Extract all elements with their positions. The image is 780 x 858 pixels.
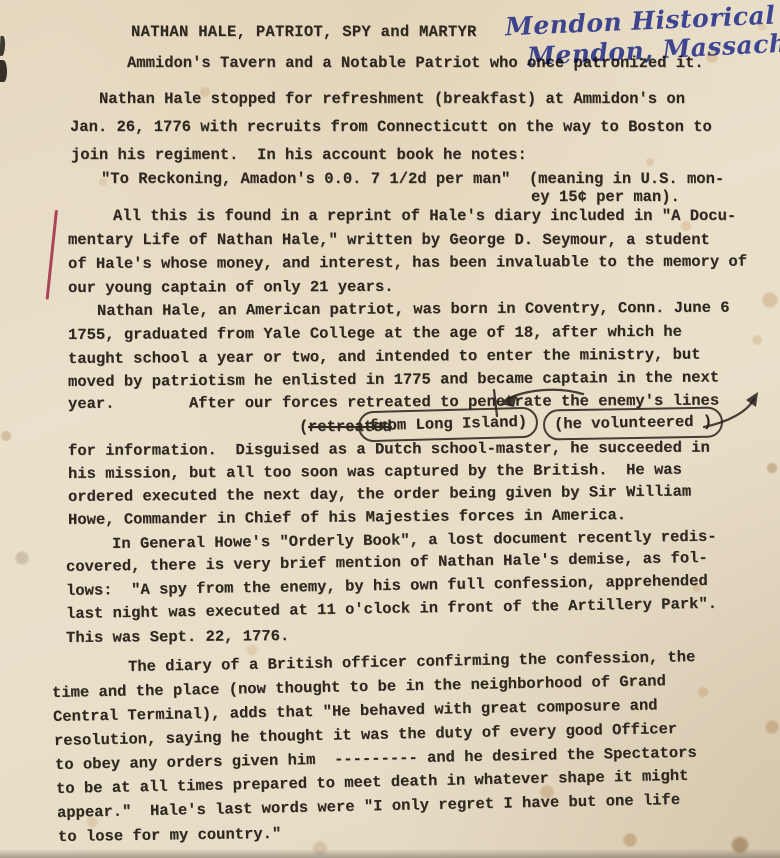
typed-line: taught school a year or two, and intende… bbox=[68, 345, 701, 369]
scanned-page: NATHAN HALE, PATRIOT, SPY and MARTYR Amm… bbox=[0, 0, 780, 858]
red-margin-mark bbox=[46, 210, 58, 300]
typed-line: mentary Life of Nathan Hale," written by… bbox=[68, 230, 710, 250]
typed-line: ordered executed the next day, the order… bbox=[68, 482, 691, 507]
typed-line: 1755, graduated from Yale College at the… bbox=[68, 322, 682, 345]
typed-line: moved by patriotism he enlisted in 1775 … bbox=[68, 367, 719, 392]
typed-line: This was Sept. 22, 1776. bbox=[66, 626, 289, 648]
typed-line: All this is found in a reprint of Hale's… bbox=[113, 206, 736, 226]
typed-line: his mission, but all too soon was captur… bbox=[68, 460, 682, 484]
typed-line: Jan. 26, 1776 with recruits from Connect… bbox=[70, 117, 712, 137]
typed-line: join his regiment. In his account book h… bbox=[71, 145, 527, 165]
typed-line: "To Reckoning, Amadon's 0.0. 7 1/2d per … bbox=[101, 169, 724, 189]
typed-line: of Hale's whose money, and interest, has… bbox=[68, 252, 747, 274]
arrowhead-up bbox=[746, 392, 758, 407]
scan-edge-shadow bbox=[0, 849, 780, 858]
open-paren: ( bbox=[299, 417, 308, 437]
typed-line: ey 15¢ per man). bbox=[531, 187, 680, 207]
typed-line: Nathan Hale, an American patriot, was bo… bbox=[97, 298, 730, 321]
typed-line: Howe, Commander in Chief of his Majestie… bbox=[68, 505, 626, 530]
typed-line: to lose for my country." bbox=[58, 824, 282, 847]
typed-line: Nathan Hale stopped for refreshment (bre… bbox=[99, 89, 685, 109]
document-title: NATHAN HALE, PATRIOT, SPY and MARTYR bbox=[131, 22, 477, 42]
circled-insertion-2: (he volunteered ) bbox=[543, 406, 724, 440]
typed-line: our young captain of only 21 years. bbox=[68, 277, 394, 298]
circled-insertion-1: from Long Island) bbox=[358, 407, 539, 443]
